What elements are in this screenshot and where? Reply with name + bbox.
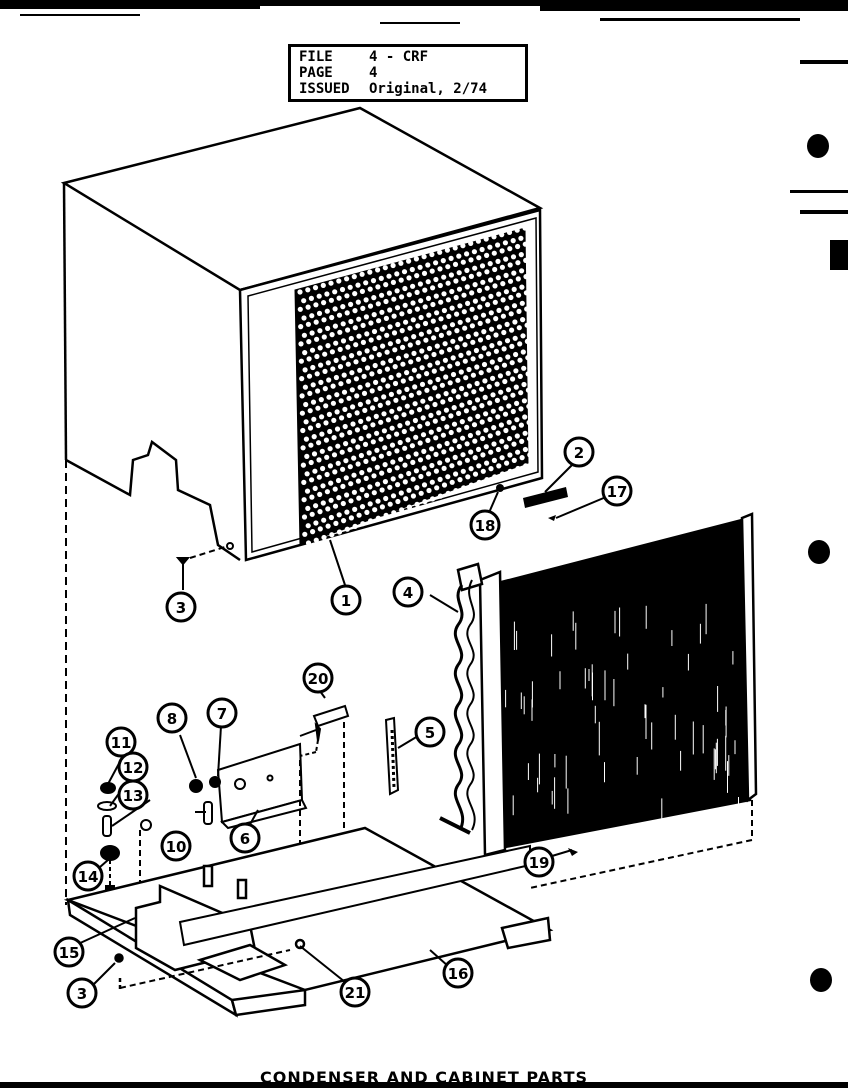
callout-3: 3	[68, 979, 96, 1007]
callout-5: 5	[416, 718, 444, 746]
svg-text:8: 8	[167, 710, 177, 728]
callout-3: 3	[167, 593, 195, 621]
svg-text:10: 10	[166, 838, 187, 856]
page-row: PAGE4	[299, 65, 517, 81]
svg-text:2: 2	[574, 444, 584, 462]
binder-hole-top	[807, 134, 829, 158]
svg-text:5: 5	[425, 724, 435, 742]
callout-18: 18	[471, 511, 499, 539]
svg-text:1: 1	[341, 592, 351, 610]
svg-text:3: 3	[176, 599, 186, 617]
condenser-coil	[440, 514, 756, 855]
file-row: FILE4 - CRF	[299, 49, 517, 65]
svg-text:4: 4	[403, 584, 413, 602]
callout-8: 8	[158, 704, 186, 732]
file-info-box: FILE4 - CRF PAGE4 ISSUEDOriginal, 2/74	[288, 44, 528, 102]
side-seal	[386, 718, 418, 794]
svg-text:7: 7	[217, 705, 227, 723]
callout-19: 19	[525, 848, 553, 876]
callout-21: 21	[341, 978, 369, 1006]
callout-17: 17	[603, 477, 631, 505]
svg-text:13: 13	[123, 787, 144, 805]
svg-text:16: 16	[448, 965, 469, 983]
svg-text:14: 14	[78, 868, 99, 886]
binder-hole-bottom	[810, 968, 832, 992]
svg-text:15: 15	[59, 944, 80, 962]
svg-text:19: 19	[529, 854, 550, 872]
callout-1: 1	[332, 586, 360, 614]
svg-text:6: 6	[240, 830, 250, 848]
callout-7: 7	[208, 699, 236, 727]
callout-13: 13	[119, 781, 147, 809]
callout-12: 12	[119, 753, 147, 781]
base-pan	[68, 828, 550, 1015]
exploded-parts-diagram: 123345678101112131415161718192021	[0, 0, 848, 1088]
svg-text:12: 12	[123, 759, 144, 777]
callout-16: 16	[444, 959, 472, 987]
callout-14: 14	[74, 862, 102, 890]
callout-4: 4	[394, 578, 422, 606]
diagram-title: CONDENSER AND CABINET PARTS	[0, 1068, 848, 1087]
svg-text:17: 17	[607, 483, 628, 501]
callout-2: 2	[565, 438, 593, 466]
callout-10: 10	[162, 832, 190, 860]
svg-text:21: 21	[345, 984, 366, 1002]
callout-20: 20	[304, 664, 332, 692]
svg-text:3: 3	[77, 985, 87, 1003]
binder-hole-middle	[808, 540, 830, 564]
svg-text:11: 11	[111, 734, 132, 752]
callout-15: 15	[55, 938, 83, 966]
callout-6: 6	[231, 824, 259, 852]
svg-text:18: 18	[475, 517, 496, 535]
pad	[296, 680, 348, 855]
svg-text:20: 20	[308, 670, 329, 688]
issued-row: ISSUEDOriginal, 2/74	[299, 81, 517, 97]
